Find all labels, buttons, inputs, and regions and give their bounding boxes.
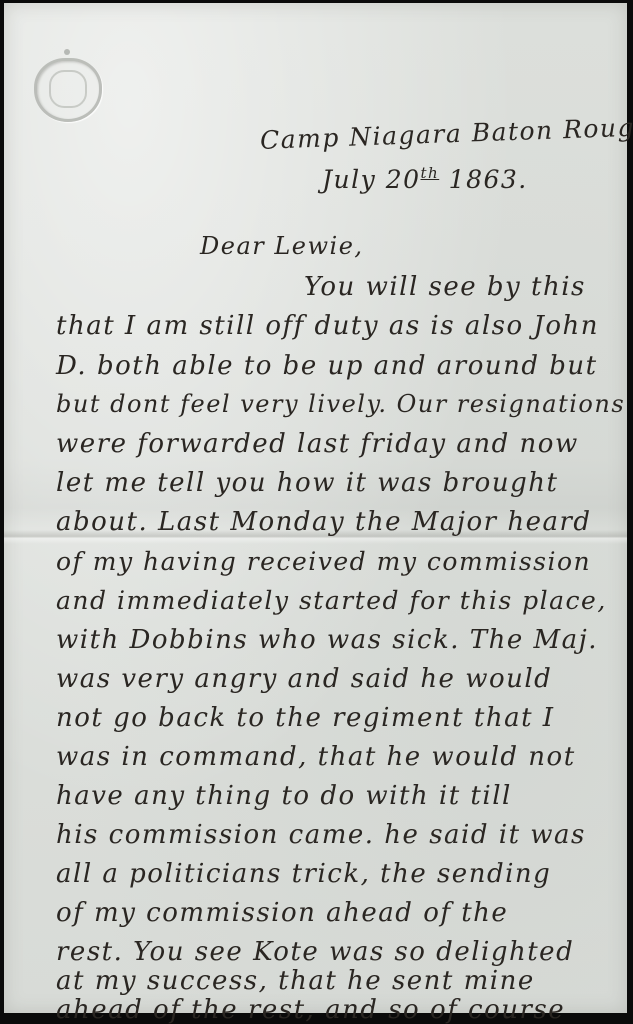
body-line: not go back to the regiment that I <box>56 705 555 731</box>
body-line: of my having received my commission <box>56 549 591 574</box>
body-line: rest. You see Kote was so delighted <box>56 939 574 965</box>
body-line: D. both able to be up and around but <box>56 353 598 379</box>
letter-heading-date: July 20th 1863. <box>322 166 528 192</box>
body-line: at my success, that he sent mine <box>56 968 535 994</box>
letter-page: Camp Niagara Baton Rouge July 20th 1863.… <box>4 3 627 1013</box>
body-line: have any thing to do with it till <box>56 783 512 809</box>
body-line: all a politicians trick, the sending <box>56 861 551 887</box>
body-line: let me tell you how it was brought <box>56 470 558 496</box>
date-day: July 20 <box>322 165 421 194</box>
body-line: was very angry and said he would <box>56 666 552 692</box>
date-year: 1863. <box>449 165 528 194</box>
body-line: with Dobbins who was sick. The Maj. <box>56 627 598 653</box>
body-line: were forwarded last friday and now <box>56 431 579 457</box>
body-line: of my commission ahead of the <box>56 900 508 926</box>
letter-heading-place: Camp Niagara Baton Rouge <box>260 114 633 153</box>
letter-salutation: Dear Lewie, <box>200 234 364 258</box>
date-suffix: th <box>421 164 440 182</box>
body-line: was in command, that he would not <box>56 744 576 770</box>
body-line: You will see by this <box>304 274 586 300</box>
body-line: his commission came. he said it was <box>56 822 586 848</box>
embossed-seal-icon <box>34 58 102 122</box>
body-line: that I am still off duty as is also John <box>56 313 599 339</box>
body-line: but dont feel very lively. Our resignati… <box>56 392 625 416</box>
body-line: and immediately started for this place, <box>56 588 607 613</box>
body-line: about. Last Monday the Major heard <box>56 509 592 535</box>
body-line: ahead of the rest, and so of course <box>56 997 565 1023</box>
